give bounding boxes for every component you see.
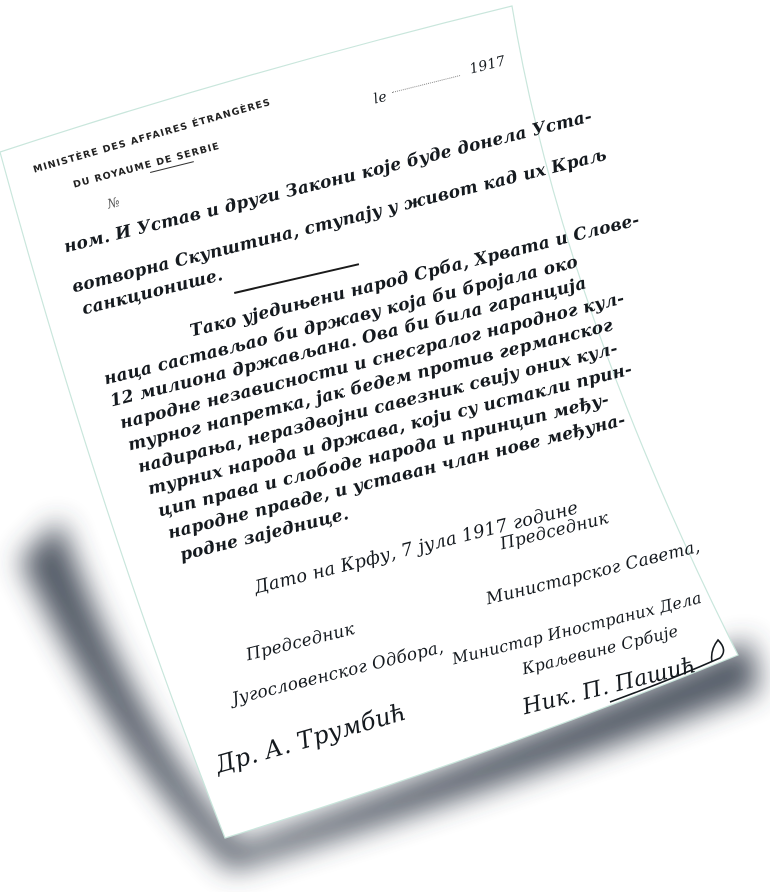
document-photo: MINISTÈRE DES AFFAIRES ÉTRANGÈRES DU ROY…	[0, 0, 770, 892]
signature-flourish	[600, 610, 740, 710]
number-field: №	[106, 195, 122, 213]
